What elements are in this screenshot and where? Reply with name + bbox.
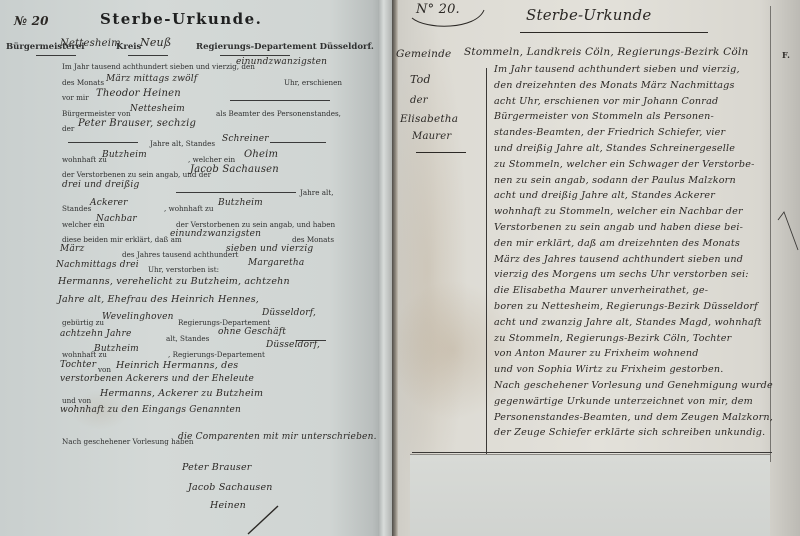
record-line: und dreißig Jahre alt, Standes Schreiner… xyxy=(494,143,735,154)
printed-text: Uhr, verstorben ist: xyxy=(148,265,219,274)
handwritten-entry: einundzwanzigsten xyxy=(170,229,261,239)
form-title: Sterbe-Urkunde. xyxy=(100,10,262,28)
fill-line xyxy=(270,142,326,143)
handwritten-entry: Nettesheim xyxy=(130,104,185,114)
header-rule xyxy=(220,55,290,56)
record-line: Bürgermeister von Stommeln als Personen- xyxy=(494,111,714,122)
printed-text: , welcher ein xyxy=(188,155,235,164)
handwritten-entry: ohne Geschäft xyxy=(218,327,286,337)
handwritten-entry: Düsseldorf, xyxy=(262,308,316,318)
handwritten-entry: Hermanns, verehelicht zu Butzheim, achtz… xyxy=(58,276,290,287)
margin-underline xyxy=(416,152,466,153)
fill-line xyxy=(230,100,330,101)
handwritten-entry: achtzehn Jahre xyxy=(60,329,132,339)
handwritten-entry: einundzwanzigsten xyxy=(236,57,327,67)
printed-text: der xyxy=(62,124,74,133)
record-line: den mir erklärt, daß am dreizehnten des … xyxy=(494,238,740,249)
handwritten-entry: wohnhaft zu den Eingangs Genannten xyxy=(60,405,241,415)
handwritten-entry: Peter Brauser, sechzig xyxy=(78,118,196,129)
right-page-handwritten-record: N° 20. Sterbe-Urkunde Gemeinde Stommeln,… xyxy=(398,0,800,536)
closing-handwritten: die Comparenten mit mir unterschrieben. xyxy=(178,432,377,442)
handwritten-entry: Ackerer xyxy=(90,198,128,208)
printed-text: vor mir xyxy=(62,93,89,102)
department-header: Regierungs-Departement Düsseldorf. xyxy=(196,42,374,52)
record-line: von Anton Maurer zu Frixheim wohnend xyxy=(494,348,699,359)
handwritten-entry: Margaretha xyxy=(248,258,304,268)
printed-text: Uhr, erschienen xyxy=(284,78,342,87)
certificate-number: № 20 xyxy=(14,14,49,28)
record-line: die Elisabetha Maurer unverheirathet, ge… xyxy=(494,285,708,296)
page-border-rule xyxy=(770,6,771,462)
handwritten-entry: Wevelinghoven xyxy=(102,312,174,322)
handwritten-entry: Butzheim xyxy=(94,344,139,354)
printed-text: des Monats xyxy=(292,235,334,244)
record-line: acht und dreißig Jahre alt, Standes Acke… xyxy=(494,190,715,201)
record-line: zu Stommeln, welcher ein Schwager der Ve… xyxy=(494,159,755,170)
edge-mark: F. xyxy=(782,50,790,60)
printed-text: von xyxy=(98,365,111,374)
handwritten-entry: sieben und vierzig xyxy=(226,244,313,254)
printed-text: , wohnhaft zu xyxy=(164,204,213,213)
record-line: wohnhaft zu Stommeln, welcher ein Nachba… xyxy=(494,206,743,217)
printed-text: Jahre alt, Standes xyxy=(150,139,215,148)
margin-line: der xyxy=(410,95,428,106)
printed-text: und von xyxy=(62,396,91,405)
header-location: Stommeln, Landkreis Cöln, Regierungs-Bez… xyxy=(464,46,748,58)
printed-text: Standes xyxy=(62,204,91,213)
handwritten-entry: Schreiner xyxy=(222,134,269,144)
printed-text: als Beamter des Personenstandes, xyxy=(216,109,341,118)
kreis-value: Neuß xyxy=(140,36,171,49)
record-line: gegenwärtige Urkunde unterzeichnet von m… xyxy=(494,396,753,407)
printed-text: Regierungs-Departement xyxy=(178,318,270,327)
record-line: Nach geschehener Vorlesung und Genehmigu… xyxy=(494,380,773,391)
paper-stain xyxy=(388,20,468,520)
closing-printed: Nach geschehener Vorlesung haben xyxy=(62,437,194,446)
fill-line xyxy=(176,192,296,193)
record-line: acht und zwanzig Jahre alt, Standes Magd… xyxy=(494,317,762,328)
register-spread: № 20 Sterbe-Urkunde. Bürgermeisterei Net… xyxy=(0,0,800,536)
printed-text: Jahre alt, xyxy=(300,188,334,197)
handwritten-entry: März xyxy=(60,244,84,254)
header-rule xyxy=(36,55,76,56)
handwritten-entry: März mittags zwölf xyxy=(106,74,197,84)
record-line: standes-Beamten, der Friedrich Schiefer,… xyxy=(494,127,725,138)
record-number: N° 20. xyxy=(416,2,460,17)
printed-text: wohnhaft zu xyxy=(62,155,107,164)
printed-text: alt, Standes xyxy=(166,334,209,343)
record-line: acht Uhr, erschienen vor mir Johann Conr… xyxy=(494,96,718,107)
record-line: März des Jahres tausend achthundert sieb… xyxy=(494,254,743,265)
printed-text: der Verstorbenen zu sein angab, und der xyxy=(62,170,211,179)
handwritten-entry: drei und dreißig xyxy=(62,180,139,190)
handwritten-entry: Tochter xyxy=(60,360,96,370)
printed-text: der Verstorbenen zu sein angab, und habe… xyxy=(176,220,335,229)
blank-paper-slip xyxy=(410,454,770,536)
signature-witness-1: Peter Brauser xyxy=(182,462,252,473)
fill-line xyxy=(68,142,138,143)
record-bottom-rule xyxy=(412,452,772,453)
kreis-label: Kreis xyxy=(116,42,141,52)
record-line: der Zeuge Schiefer erklärte sich schreib… xyxy=(494,427,765,438)
handwritten-entry: Theodor Heinen xyxy=(96,88,181,99)
handwritten-entry: Oheim xyxy=(244,149,278,160)
margin-pencil-mark xyxy=(776,210,800,300)
record-line: nen zu sein angab, sodann der Paulus Mal… xyxy=(494,175,736,186)
gemeinde-label: Gemeinde xyxy=(396,48,451,60)
printed-text: Bürgermeister von xyxy=(62,109,131,118)
handwritten-entry: verstorbenen Ackerers und der Eheleute xyxy=(60,374,254,384)
handwritten-entry: Hermanns, Ackerer zu Butzheim xyxy=(100,388,263,399)
margin-line: Maurer xyxy=(412,131,451,142)
record-line: Personenstandes-Beamten, und dem Zeugen … xyxy=(494,412,773,423)
record-title: Sterbe-Urkunde xyxy=(526,6,651,24)
printed-text: gebürtig zu xyxy=(62,318,104,327)
handwritten-entry: Nachmittags drei xyxy=(56,260,139,270)
signature-flourish xyxy=(236,500,286,536)
column-rule xyxy=(486,68,487,460)
printed-text: des Monats xyxy=(62,78,104,87)
handwritten-entry: Jacob Sachausen xyxy=(190,164,279,175)
record-line: boren zu Nettesheim, Regierungs-Bezirk D… xyxy=(494,301,758,312)
handwritten-entry: Nachbar xyxy=(96,214,137,224)
left-page-printed-form: № 20 Sterbe-Urkunde. Bürgermeisterei Net… xyxy=(0,0,388,536)
handwritten-entry: Butzheim xyxy=(218,198,263,208)
printed-text: des Jahres tausend achthundert xyxy=(122,250,238,259)
handwritten-entry: Düsseldorf, xyxy=(266,340,320,350)
record-line: den dreizehnten des Monats März Nachmitt… xyxy=(494,80,735,91)
title-underline xyxy=(520,32,708,33)
record-line: zu Stommeln, Regierungs-Bezirk Cöln, Toc… xyxy=(494,333,731,344)
record-line: Im Jahr tausend achthundert sieben und v… xyxy=(494,64,740,75)
handwritten-entry: Jahre alt, Ehefrau des Heinrich Hennes, xyxy=(58,294,259,305)
margin-line: Elisabetha xyxy=(400,113,458,125)
printed-text: diese beiden mir erklärt, daß am xyxy=(62,235,182,244)
printed-text: Im Jahr tausend achthundert sieben und v… xyxy=(62,62,255,71)
margin-line: Tod xyxy=(410,73,431,86)
signature-witness-2: Jacob Sachausen xyxy=(188,482,273,493)
record-line: vierzig des Morgens um sechs Uhr verstor… xyxy=(494,269,749,280)
buergermeisterei-value: Nettesheim xyxy=(60,38,121,49)
record-line: und von Sophia Wirtz zu Frixheim gestorb… xyxy=(494,364,723,375)
handwritten-entry: Butzheim xyxy=(102,150,147,160)
printed-text: , Regierungs-Departement xyxy=(168,350,265,359)
handwritten-entry: Heinrich Hermanns, des xyxy=(116,360,238,371)
header-rule xyxy=(128,55,168,56)
record-line: Verstorbenen zu sein angab und haben die… xyxy=(494,222,743,233)
